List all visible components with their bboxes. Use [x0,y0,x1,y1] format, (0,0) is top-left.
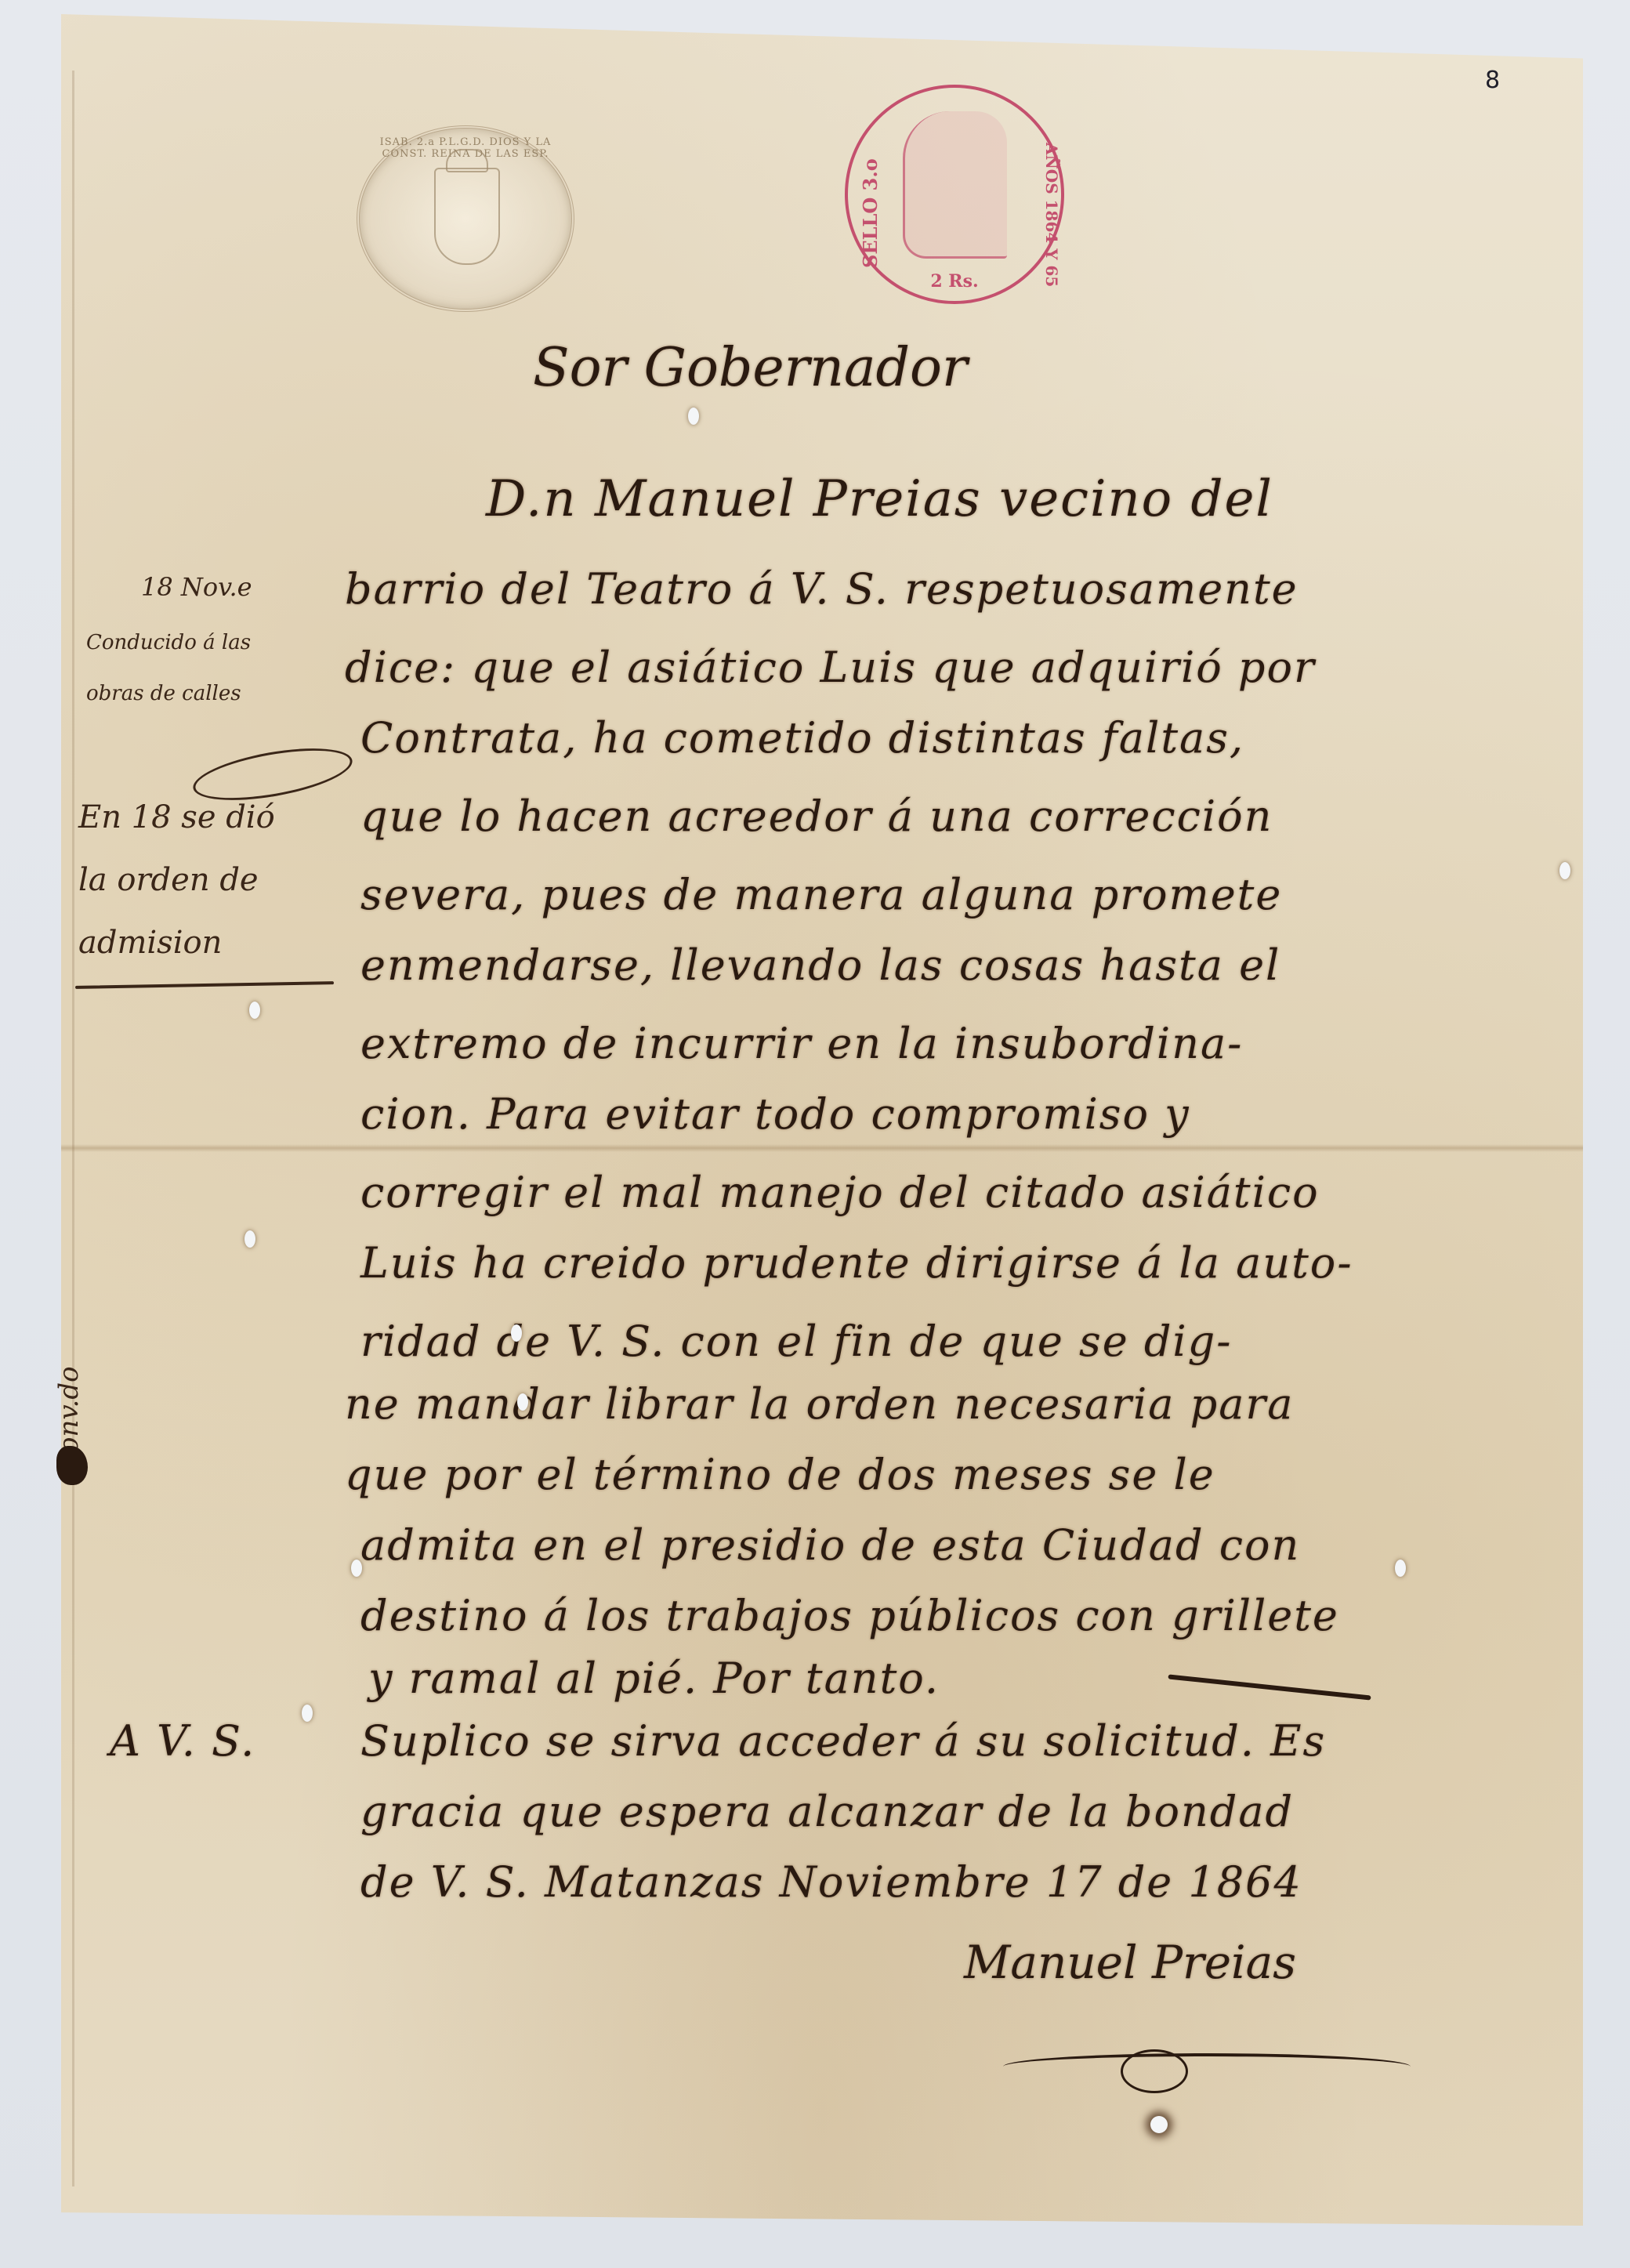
paper-hole [302,1705,313,1722]
closing-prefix: A V. S. [110,1716,255,1766]
paper-hole [511,1324,522,1342]
salutation: Sor Gobernador [533,337,968,399]
body-line: ne mandar librar la orden necesaria para [345,1379,1294,1429]
paper-hole [244,1230,255,1248]
body-line: Luis ha creido prudente dirigirse á la a… [360,1238,1353,1288]
margin-note: obras de calles [86,682,241,705]
coat-of-arms-icon [434,168,500,265]
signature: Manuel Preias [964,1936,1296,1989]
margin-note: la orden de [78,862,259,898]
signature-rubric-loop [1121,2049,1188,2093]
left-margin-crease [72,71,74,2186]
stamp-left-text: SELLO 3.o [859,158,882,268]
body-line: admita en el presidio de esta Ciudad con [360,1520,1300,1570]
body-line: y ramal al pié. Por tanto. [368,1654,940,1703]
margin-note: En 18 se dió [78,799,275,835]
paper-fold-crease [61,1144,1583,1152]
body-line: que lo hacen acreedor á una corrección [360,792,1273,841]
body-line: cion. Para evitar todo compromiso y [360,1089,1190,1139]
body-line: ridad de V. S. con el fin de que se dig- [360,1317,1233,1366]
seated-figure-icon [903,111,1007,259]
burn-hole [1150,2116,1168,2133]
paper-hole [688,408,699,425]
stamp-value: 2 Rs. [848,271,1061,292]
folio-number: 8 [1485,67,1500,94]
body-line: extremo de incurrir en la insubordina- [360,1019,1243,1068]
paper-hole [1395,1560,1406,1577]
body-line: severa, pues de manera alguna promete [360,870,1282,919]
body-line: corregir el mal manejo del citado asiáti… [360,1168,1320,1217]
revenue-stamp-seal: SELLO 3.o AÑOS 1864 Y 65 2 Rs. [845,85,1064,304]
paper-hole [517,1393,528,1411]
body-line: enmendarse, llevando las cosas hasta el [360,940,1280,990]
paper-hole [351,1560,362,1577]
margin-note: Conducido á las [86,631,251,654]
margin-note: 18 Nov.e [141,572,252,602]
paper-hole [249,1002,260,1019]
closing-line: Suplico se sirva acceder á su solicitud.… [360,1716,1326,1766]
body-line: Contrata, ha cometido distintas faltas, [360,713,1244,763]
body-line: dice: que el asiático Luis que adquirió … [345,643,1316,692]
paper-hole [1559,862,1570,879]
closing-line: gracia que espera alcanzar de la bondad [360,1787,1294,1836]
margin-note: admision [78,925,222,961]
body-line: D.n Manuel Preias vecino del [486,470,1273,528]
stamp-right-text: AÑOS 1864 Y 65 [1042,143,1061,287]
embossed-royal-seal: ISAB. 2.a P.L.G.D. DIOS Y LA CONST. REIN… [357,125,574,312]
body-line: destino á los trabajos públicos con gril… [360,1591,1339,1640]
ink-blot [56,1446,88,1485]
signature-rubric [1003,2053,1411,2080]
body-line: barrio del Teatro á V. S. respetuosament… [345,564,1299,614]
body-line: que por el término de dos meses se le [345,1450,1215,1499]
closing-line: de V. S. Matanzas Noviembre 17 de 1864 [360,1857,1302,1907]
